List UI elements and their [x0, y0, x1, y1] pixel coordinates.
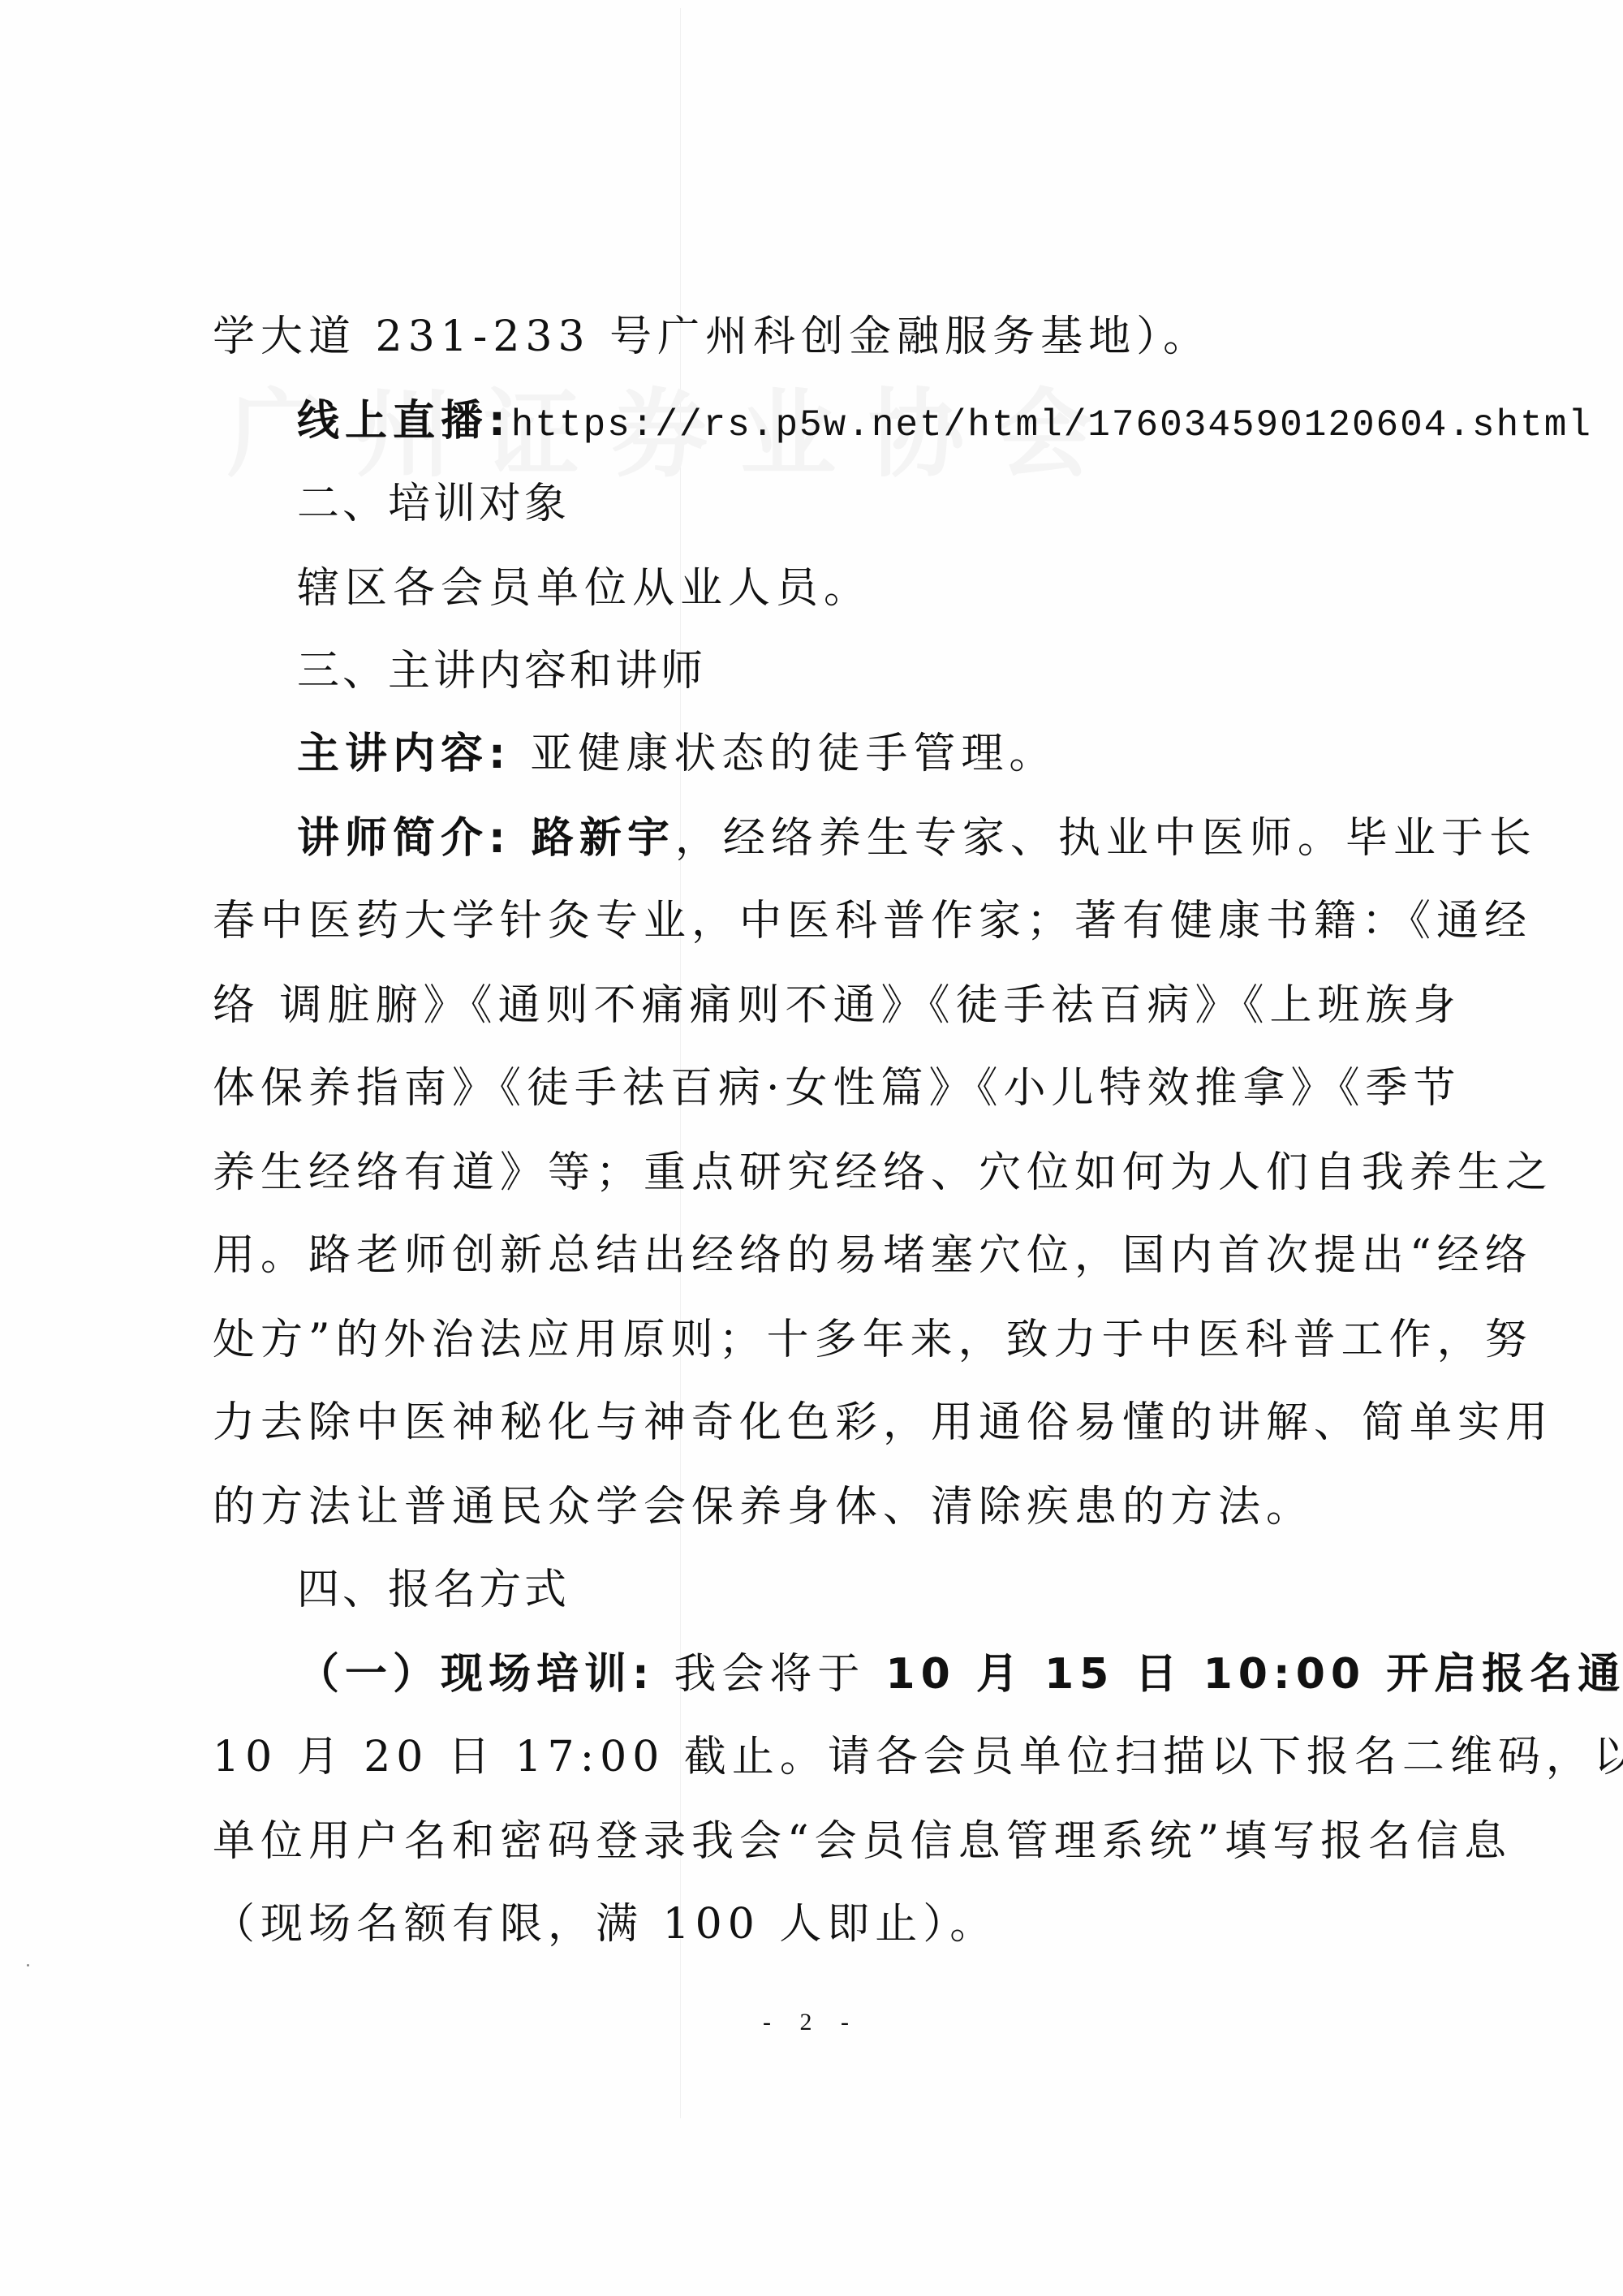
- scan-speck: [27, 1964, 29, 1966]
- onsite-training-line-4: （现场名额有限，满 100 人即止）。: [213, 1896, 997, 1953]
- online-broadcast-url[interactable]: https://rs.p5w.net/html/176034590120604.…: [511, 404, 1592, 446]
- lecturer-intro-line-5: 养生经络有道》等；重点研究经络、穴位如何为人们自我养生之: [213, 1144, 1553, 1201]
- lecturer-intro-line-9: 的方法让普通民众学会保养身体、清除疾患的方法。: [213, 1479, 1314, 1536]
- section-2-heading: 二、培训对象: [297, 476, 570, 532]
- lecture-content-line: 主讲内容: 亚健康状态的徒手管理。: [297, 726, 1057, 782]
- document-page: 广州证券业协会 学大道 231-233 号广州科创金融服务基地）。 线上直播:h…: [0, 0, 1623, 2296]
- onsite-training-line-3: 单位用户名和密码登录我会“会员信息管理系统”填写报名信息: [213, 1813, 1512, 1870]
- onsite-training-line-2: 10 月 20 日 17:00 截止。请各会员单位扫描以下报名二维码，以: [213, 1729, 1623, 1786]
- onsite-training-label: （一）现场培训:: [297, 1650, 655, 1699]
- section-3-heading: 三、主讲内容和讲师: [297, 643, 706, 700]
- lecturer-intro-line-7: 处方”的外治法应用原则；十多年来，致力于中医科普工作，努: [213, 1312, 1533, 1368]
- online-broadcast-label: 线上直播:: [297, 397, 511, 446]
- lecture-content-value: 亚健康状态的徒手管理。: [511, 730, 1057, 778]
- section-2-body: 辖区各会员单位从业人员。: [297, 560, 872, 617]
- registration-open-time: 10 月 15 日 10:00 开启报名通道: [865, 1650, 1623, 1699]
- lecturer-intro-line-1: 讲师简介: 路新宇，经络养生专家、执业中医师。毕业于长: [297, 810, 1537, 867]
- address-line: 学大道 231-233 号广州科创金融服务基地）。: [213, 308, 1211, 365]
- lecturer-intro-text: ，经络养生专家、执业中医师。毕业于长: [675, 814, 1537, 863]
- onsite-training-text: 我会将于: [655, 1650, 866, 1699]
- lecturer-intro-line-4: 体保养指南》《徒手祛百病·女性篇》《小儿特效推拿》《季节: [213, 1060, 1462, 1117]
- lecturer-intro-label: 讲师简介:: [297, 814, 511, 863]
- lecturer-intro-line-8: 力去除中医神秘化与神奇化色彩，用通俗易懂的讲解、简单实用: [213, 1394, 1553, 1451]
- lecturer-intro-line-6: 用。路老师创新总结出经络的易堵塞穴位，国内首次提出“经络: [213, 1227, 1533, 1284]
- page-number: - 2 -: [0, 2009, 1623, 2036]
- lecturer-intro-line-2: 春中医药大学针灸专业，中医科普作家；著有健康书籍：《通经: [213, 893, 1532, 950]
- onsite-training-line-1: （一）现场培训: 我会将于 10 月 15 日 10:00 开启报名通道，: [297, 1646, 1623, 1703]
- online-broadcast-line: 线上直播:https://rs.p5w.net/html/17603459012…: [297, 393, 1592, 454]
- lecturer-name: 路新宇: [511, 814, 675, 863]
- lecture-content-label: 主讲内容:: [297, 730, 511, 778]
- section-4-heading: 四、报名方式: [297, 1562, 570, 1618]
- lecturer-intro-line-3: 络 调脏腑》《通则不痛痛则不通》《徒手祛百病》《上班族身: [213, 977, 1462, 1034]
